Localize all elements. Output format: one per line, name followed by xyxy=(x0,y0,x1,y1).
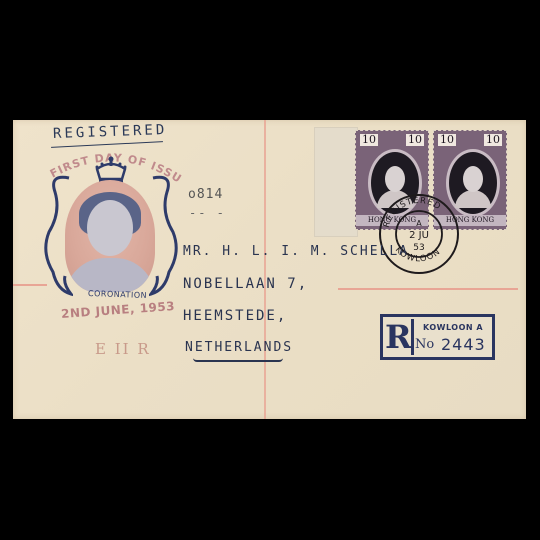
pencil-dashes: -- - xyxy=(189,206,226,220)
scroll-ornament-left xyxy=(43,172,73,302)
registration-label: R KOWLOON A No 2443 xyxy=(380,314,495,360)
address-line-country: NETHERLANDS xyxy=(185,340,293,355)
pencil-number: o814 xyxy=(188,187,223,202)
registered-cross-line-left xyxy=(13,284,47,286)
address-line-street: NOBELLAAN 7, xyxy=(183,276,308,292)
handwritten-registered: REGISTERED xyxy=(53,122,168,142)
registration-no-label: No xyxy=(415,337,434,352)
address-line-city: HEEMSTEDE, xyxy=(183,308,287,324)
royal-cypher: E II R xyxy=(95,340,151,358)
svg-text:53: 53 xyxy=(413,243,424,253)
envelope: REGISTERED FIRST DAY OF ISSUE xyxy=(13,120,526,419)
registered-cross-line-right xyxy=(338,288,518,290)
postmark: REGISTERED KOWLOON A 2 JU 53 xyxy=(378,193,460,275)
country-underline xyxy=(193,358,283,362)
registered-cross-line-vertical xyxy=(264,120,266,419)
registration-letter: R xyxy=(385,319,414,355)
cachet-date: 2ND JUNE, 1953 xyxy=(61,299,176,321)
scroll-ornament-right xyxy=(149,172,179,302)
address-line-name: MR. H. L. I. M. SCHELLA xyxy=(183,244,409,259)
svg-text:2 JU: 2 JU xyxy=(409,230,429,241)
sheet-selvage xyxy=(314,127,358,237)
registration-office: KOWLOON A xyxy=(423,323,483,332)
registered-underline xyxy=(51,141,163,148)
registration-number: 2443 xyxy=(441,335,486,354)
svg-text:A: A xyxy=(416,219,422,228)
queen-portrait xyxy=(65,180,155,292)
cachet-caption: CORONATION xyxy=(88,289,147,300)
